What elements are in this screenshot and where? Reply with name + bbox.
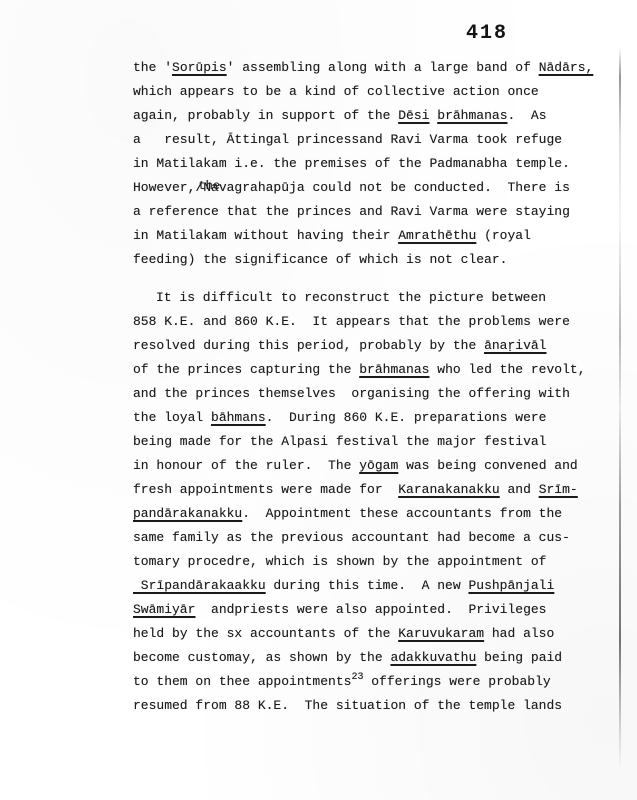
- underlined-term: brāhmanas: [359, 362, 429, 377]
- underlined-term: yōgam: [359, 458, 398, 473]
- text-segment: resumed from 88 K.E. The situation of th…: [133, 698, 562, 713]
- text-segment: the loyal: [133, 410, 211, 425]
- text-segment: during this time. A new: [266, 578, 469, 593]
- text-segment: who led the revolt,: [429, 362, 585, 377]
- underlined-term: Pushpānjali: [468, 578, 554, 593]
- text-segment: 858 K.E. and 860 K.E. It appears that th…: [133, 314, 570, 329]
- text-block: the 'Sorūpis' assembling along with a la…: [133, 56, 613, 718]
- text-line: the 'Sorūpis' assembling along with a la…: [133, 56, 613, 80]
- text-line: a result, Āttingal princessand Ravi Varm…: [133, 128, 613, 152]
- text-segment: a result, Āttingal princessand Ravi Varm…: [133, 132, 562, 147]
- text-line: held by the sx accountants of the Karuvu…: [133, 622, 613, 646]
- text-segment: to them on thee appointments: [133, 674, 351, 689]
- paragraph: the 'Sorūpis' assembling along with a la…: [133, 56, 613, 272]
- text-segment: andpriests were also appointed. Privileg…: [195, 602, 546, 617]
- text-segment: tomary procedre, which is shown by the a…: [133, 554, 546, 569]
- text-line: feeding) the significance of which is no…: [133, 248, 613, 272]
- text-line: in honour of the ruler. The yōgam was be…: [133, 454, 613, 478]
- text-line: Swāmiyār andpriests were also appointed.…: [133, 598, 613, 622]
- underlined-term: Nādārs,: [539, 60, 594, 75]
- text-segment: resolved during this period, probably by…: [133, 338, 484, 353]
- text-line: become customay, as shown by the adakkuv…: [133, 646, 613, 670]
- underlined-term: bāhmans: [211, 410, 266, 425]
- underlined-term: Amrathēthu: [398, 228, 476, 243]
- text-segment: /Navagrahapūja could not be conducted. T…: [195, 180, 569, 195]
- text-segment: a reference that the princes and Ravi Va…: [133, 204, 570, 219]
- text-line: the loyal bāhmans. During 860 K.E. prepa…: [133, 406, 613, 430]
- scan-edge-artifact: [619, 48, 621, 770]
- text-segment: again, probably in support of the: [133, 108, 398, 123]
- text-segment: in honour of the ruler. The: [133, 458, 359, 473]
- underlined-term: Karuvukaram: [398, 626, 484, 641]
- text-line: and the princes themselves organising th…: [133, 382, 613, 406]
- text-segment: the ': [133, 60, 172, 75]
- text-line: resolved during this period, probably by…: [133, 334, 613, 358]
- underlined-term: Srīpandārakaakku: [133, 578, 266, 593]
- text-segment: in Matilakam i.e. the premises of the Pa…: [133, 156, 570, 171]
- document-page: 418 the 'Sorūpis' assembling along with …: [0, 0, 637, 800]
- text-line: being made for the Alpasi festival the m…: [133, 430, 613, 454]
- text-line: a reference that the princes and Ravi Va…: [133, 200, 613, 224]
- text-segment: fresh appointments were made for: [133, 482, 398, 497]
- underlined-term: pandārakanakku: [133, 506, 242, 521]
- text-line: However,the/Navagrahapūja could not be c…: [133, 176, 613, 200]
- text-segment: . During 860 K.E. preparations were: [266, 410, 547, 425]
- underlined-term: brāhmanas: [437, 108, 507, 123]
- underlined-term: Sorūpis: [172, 60, 227, 75]
- text-segment: same family as the previous accountant h…: [133, 530, 570, 545]
- text-line: in Matilakam i.e. the premises of the Pa…: [133, 152, 613, 176]
- text-line: It is difficult to reconstruct the pictu…: [133, 286, 613, 310]
- text-segment: However,: [133, 180, 195, 195]
- text-segment: being made for the Alpasi festival the m…: [133, 434, 546, 449]
- text-segment: of the princes capturing the: [133, 362, 359, 377]
- inserted-word: the: [198, 174, 220, 198]
- text-line: of the princes capturing the brāhmanas w…: [133, 358, 613, 382]
- underlined-term: Swāmiyār: [133, 602, 195, 617]
- underlined-term: adakkuvathu: [390, 650, 476, 665]
- text-line: pandārakanakku. Appointment these accoun…: [133, 502, 613, 526]
- text-segment: had also: [484, 626, 554, 641]
- text-segment: which appears to be a kind of collective…: [133, 84, 539, 99]
- text-segment: held by the sx accountants of the: [133, 626, 398, 641]
- text-line: same family as the previous accountant h…: [133, 526, 613, 550]
- text-segment: was being convened and: [398, 458, 577, 473]
- text-line: 858 K.E. and 860 K.E. It appears that th…: [133, 310, 613, 334]
- text-line: again, probably in support of the Dēsi b…: [133, 104, 613, 128]
- text-line: fresh appointments were made for Karanak…: [133, 478, 613, 502]
- underlined-term: ānaṛivāl: [484, 338, 546, 353]
- text-segment: offerings were probably: [363, 674, 550, 689]
- text-segment: in Matilakam without having their: [133, 228, 398, 243]
- underlined-term: Srīm-: [539, 482, 578, 497]
- text-segment: and: [500, 482, 539, 497]
- paragraph: It is difficult to reconstruct the pictu…: [133, 286, 613, 718]
- text-segment: (royal: [476, 228, 531, 243]
- text-line: which appears to be a kind of collective…: [133, 80, 613, 104]
- text-line: resumed from 88 K.E. The situation of th…: [133, 694, 613, 718]
- text-line: to them on thee appointments23 offerings…: [133, 670, 613, 694]
- text-segment: being paid: [476, 650, 562, 665]
- text-segment: ' assembling along with a large band of: [227, 60, 539, 75]
- page-number: 418: [466, 22, 508, 45]
- text-segment: and the princes themselves organising th…: [133, 386, 570, 401]
- text-segment: . As: [508, 108, 547, 123]
- text-line: in Matilakam without having their Amrath…: [133, 224, 613, 248]
- text-line: Srīpandārakaakku during this time. A new…: [133, 574, 613, 598]
- text-segment: . Appointment these accountants from the: [242, 506, 562, 521]
- footnote-ref: 23: [351, 666, 363, 690]
- text-segment: It is difficult to reconstruct the pictu…: [156, 290, 546, 305]
- text-segment: feeding) the significance of which is no…: [133, 252, 507, 267]
- text-line: tomary procedre, which is shown by the a…: [133, 550, 613, 574]
- underlined-term: Karanakanakku: [398, 482, 499, 497]
- underlined-term: Dēsi: [398, 108, 429, 123]
- text-segment: become customay, as shown by the: [133, 650, 390, 665]
